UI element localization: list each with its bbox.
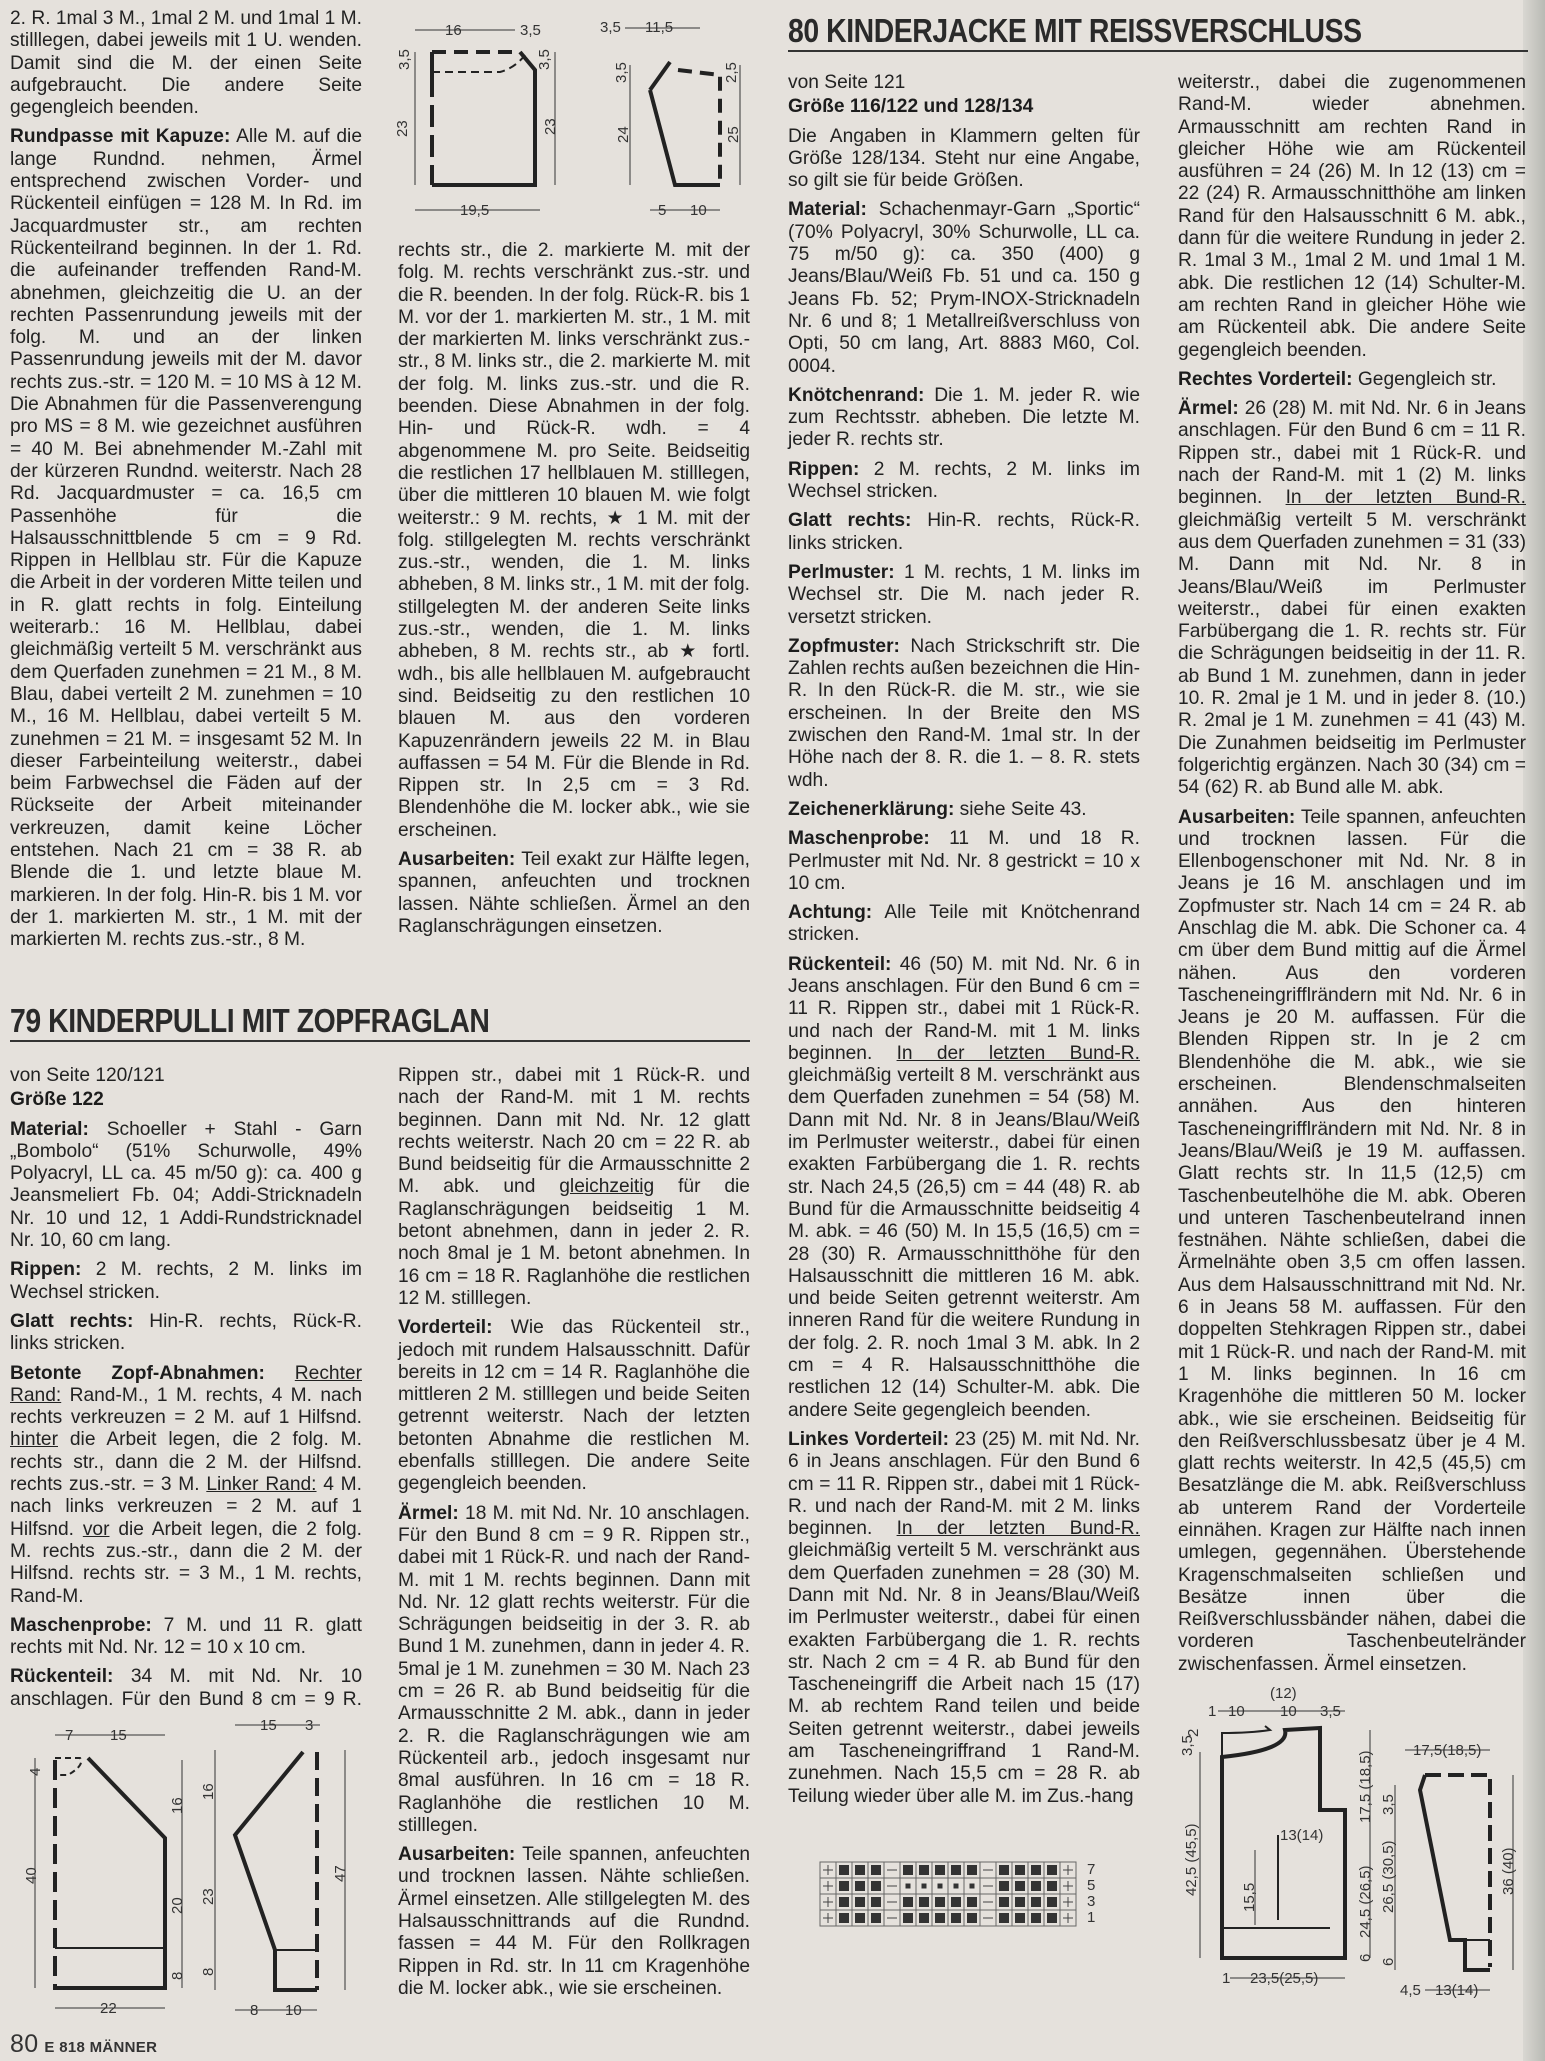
svg-text:3,5: 3,5 [520,22,541,39]
section-79-rule [10,1040,750,1042]
section-80-rule [788,50,1528,52]
paragraph-linkes-vorderteil: Linkes Vorderteil: 23 (25) M. mit Nd. Nr… [788,1429,1140,1808]
paragraph-rippen: Rippen: 2 M. rechts, 2 M. links im Wechs… [788,459,1140,504]
paragraph-rippen: Rippen: 2 M. rechts, 2 M. links im Wechs… [10,1259,362,1304]
svg-text:40: 40 [23,1867,40,1884]
svg-text:2: 2 [1185,1729,1202,1737]
schematic-jacket-sleeve: 17,5(18,5) 3,5 26,5 (30,5) 6 36 (40) 4,5… [1395,1745,1545,2035]
svg-text:7: 7 [1087,1861,1095,1878]
svg-text:3: 3 [1087,1893,1095,1910]
svg-text:3,5: 3,5 [396,49,413,70]
paragraph-rueckenteil: Rückenteil: 46 (50) M. mit Nd. Nr. 6 in … [788,954,1140,1422]
column-3: von Seite 121 Größe 116/122 und 128/134 … [788,72,1140,1815]
paragraph: rechts str., die 2. markierte M. mit der… [398,240,750,842]
svg-text:1: 1 [1087,1909,1095,1926]
paragraph-material: Material: Schoeller + Stahl - Garn „Bomb… [10,1119,362,1253]
svg-text:16: 16 [200,1783,217,1800]
paragraph-knoetchen: Knötchenrand: Die 1. M. jeder R. wie zum… [788,385,1140,452]
svg-text:16: 16 [169,1797,186,1814]
section-79-title: 79 KINDERPULLI MIT ZOPFRAGLAN [10,1002,489,1040]
svg-text:5: 5 [658,202,666,219]
schematic-pulli-body: 715 4 40 16 20 8 22 [10,1730,210,2020]
schematic-hood-sleeve: 3,511,5 3,5 24 2,5 25 510 [600,20,750,220]
svg-text:10: 10 [285,2002,302,2019]
paragraph-zeichen: Zeichenerklärung: siehe Seite 43. [788,799,1140,821]
svg-text:19,5: 19,5 [460,202,489,219]
svg-text:25: 25 [725,126,742,143]
svg-text:15: 15 [260,1717,277,1734]
svg-text:3,5: 3,5 [1179,1735,1196,1756]
svg-text:17,5(18,5): 17,5(18,5) [1413,1742,1481,1759]
svg-text:10: 10 [1228,1703,1245,1720]
paragraph-ausarbeiten: Ausarbeiten: Teile spannen, anfeuchten u… [1178,807,1526,1677]
paragraph-ausarbeiten: Ausarbeiten: Teile spannen, anfeuchten u… [398,1844,750,2000]
paragraph-rundpasse: Rundpasse mit Kapuze: Alle M. auf die la… [10,126,362,951]
svg-text:47: 47 [332,1865,349,1882]
column-1-top: 2. R. 1mal 3 M., 1mal 2 M. und 1mal 1 M.… [10,8,362,958]
paragraph-perl: Perlmuster: 1 M. rechts, 1 M. links im W… [788,562,1140,629]
paragraph-rechtes-vorderteil: Rechtes Vorderteil: Gegengleich str. [1178,369,1526,391]
svg-text:10: 10 [690,202,707,219]
paragraph-material: Material: Schachenmayr-Garn „Sportic“ (7… [788,199,1140,377]
paragraph-vorderteil: Vorderteil: Wie das Rückenteil str., jed… [398,1317,750,1495]
svg-text:8: 8 [200,1968,217,1976]
paragraph-zopf: Betonte Zopf-Abnahmen: Rechter Rand: Ran… [10,1363,362,1608]
svg-text:15: 15 [110,1727,127,1744]
svg-text:1: 1 [1222,1970,1230,1987]
svg-text:6: 6 [1380,1958,1397,1966]
schematic-pulli-sleeve: 153 16 23 8 47 810 [205,1720,365,2020]
svg-text:10: 10 [1280,1703,1297,1720]
svg-text:23,5(25,5): 23,5(25,5) [1250,1970,1318,1987]
paragraph-rueckenteil-cont: 34 M. mit Nd. Nr. 10 anschlagen. Für den… [398,1065,750,1310]
size: Größe 122 [10,1089,362,1111]
section-80-title: 80 KINDERJACKE MIT REISSVERSCHLUSS [788,12,1362,50]
svg-text:3,5: 3,5 [1320,1703,1341,1720]
svg-text:23: 23 [200,1888,217,1905]
from-page: von Seite 120/121 [10,1065,362,1087]
knitting-chart: 7 5 3 1 [815,1860,1115,1935]
svg-text:20: 20 [169,1897,186,1914]
svg-text:3,5: 3,5 [600,19,621,36]
paragraph-glatt: Glatt rechts: Hin-R. rechts, Rück-R. lin… [788,510,1140,555]
svg-text:3,5: 3,5 [1380,1794,1397,1815]
svg-text:23: 23 [394,120,411,137]
paragraph-maschenprobe: Maschenprobe: 7 M. und 11 R. glatt recht… [10,1615,362,1660]
svg-text:3,5: 3,5 [613,62,630,83]
svg-text:4: 4 [27,1768,44,1776]
page-number: 80 [10,2030,38,2058]
schematic-jacket-front: (12) 1 10103,5 13(14) 15,5 3,5 2 42,5 (4… [1170,1690,1400,2030]
svg-text:2,5: 2,5 [723,62,740,83]
svg-text:13(14): 13(14) [1280,1827,1323,1844]
svg-text:22: 22 [100,2000,117,2017]
svg-text:(12): (12) [1270,1685,1297,1702]
svg-text:36 (40): 36 (40) [1500,1847,1517,1895]
size: Größe 116/122 und 128/134 [788,96,1140,118]
paragraph-maschenprobe: Maschenprobe: 11 M. und 18 R. Perlmuster… [788,828,1140,895]
paragraph-achtung: Achtung: Alle Teile mit Knötchenrand str… [788,902,1140,947]
svg-text:5: 5 [1087,1877,1095,1894]
svg-text:8: 8 [169,1972,186,1980]
column-1-bottom: von Seite 120/121 Größe 122 Material: Sc… [10,1065,362,1717]
paragraph-glatt: Glatt rechts: Hin-R. rechts, Rück-R. lin… [10,1311,362,1356]
page-footer: 80E 818 MÄNNER [10,2030,157,2059]
svg-text:1: 1 [1208,1703,1216,1720]
svg-text:6: 6 [1357,1954,1374,1962]
schematic-hood-body: 163,5 3,5 23 3,5 23 19,5 [405,20,585,220]
svg-text:42,5 (45,5): 42,5 (45,5) [1183,1823,1200,1896]
paragraph: 2. R. 1mal 3 M., 1mal 2 M. und 1mal 1 M.… [10,8,362,119]
column-2-top: rechts str., die 2. markierte M. mit der… [398,240,750,945]
column-2-bottom: 34 M. mit Nd. Nr. 10 anschlagen. Für den… [398,1065,750,2007]
svg-text:3,5: 3,5 [536,49,553,70]
svg-text:26,5 (30,5): 26,5 (30,5) [1380,1840,1397,1913]
svg-text:23: 23 [542,118,559,135]
column-4: weiterstr., dabei die zugenommenen Rand-… [1178,72,1526,1683]
svg-text:15,5: 15,5 [1241,1883,1258,1912]
paragraph: weiterstr., dabei die zugenommenen Rand-… [1178,72,1526,362]
svg-text:3: 3 [305,1717,313,1734]
paragraph-aermel: Ärmel: 26 (28) M. mit Nd. Nr. 6 in Jeans… [1178,398,1526,799]
from-page: von Seite 121 [788,72,1140,94]
svg-text:8: 8 [250,2002,258,2019]
paragraph-rueckenteil-start: Rückenteil: 34 M. mit Nd. Nr. 10 anschla… [10,1666,362,1710]
svg-text:7: 7 [65,1727,73,1744]
svg-text:11,5: 11,5 [645,19,673,36]
paragraph-ausarbeiten: Ausarbeiten: Teil exakt zur Hälfte legen… [398,849,750,938]
svg-text:16: 16 [445,22,462,39]
svg-text:17,5 (18,5): 17,5 (18,5) [1357,1750,1374,1823]
svg-text:24: 24 [615,126,632,143]
paragraph-aermel: Ärmel: 18 M. mit Nd. Nr. 10 anschlagen. … [398,1503,750,1837]
paragraph-intro: Die Angaben in Klammern gelten für Größe… [788,126,1140,193]
issue-label: E 818 MÄNNER [44,2039,157,2056]
svg-text:13(14): 13(14) [1435,1982,1478,1999]
svg-text:4,5: 4,5 [1400,1982,1421,1999]
paragraph-zopf: Zopfmuster: Nach Strickschrift str. Die … [788,636,1140,792]
svg-text:24,5 (26,5): 24,5 (26,5) [1357,1865,1374,1938]
